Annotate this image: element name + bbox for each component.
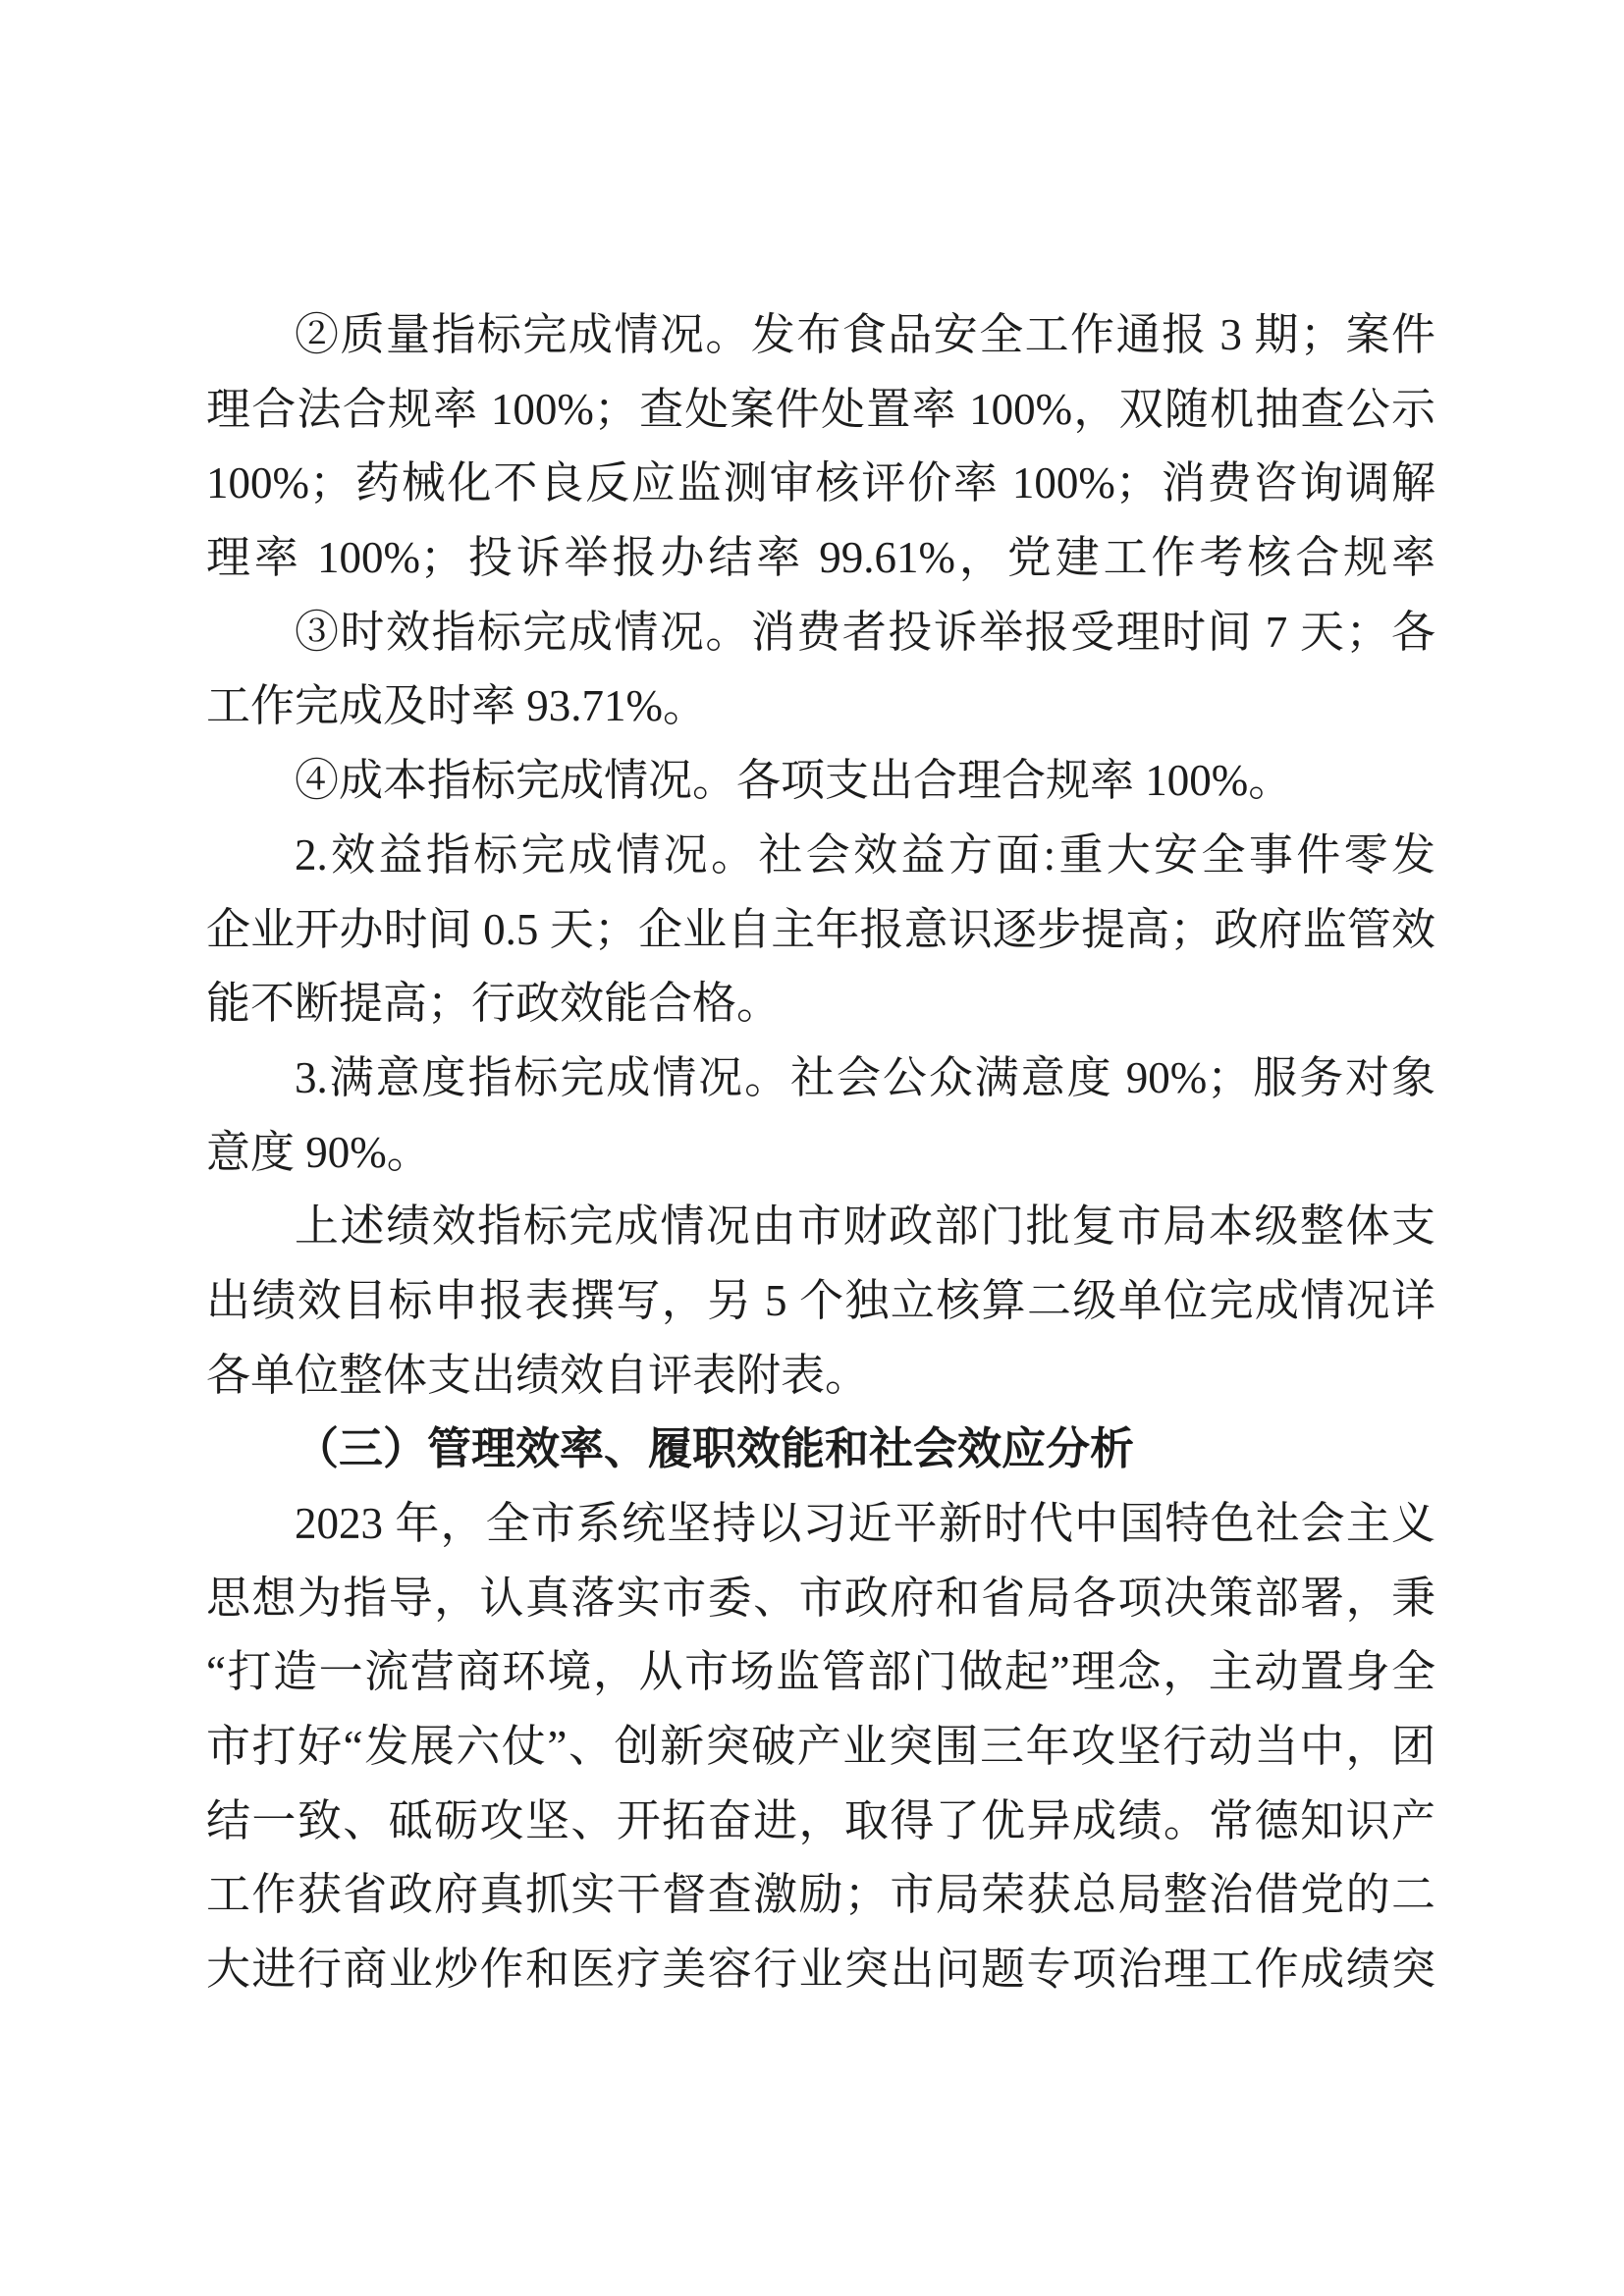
document-page: ②质量指标完成情况。发布食品安全工作通报 3 期；案件办理合法合规率 100%；… (0, 0, 1624, 2296)
text-line: 大进行商业炒作和医疗美容行业突出问题专项治理工作成绩突 (206, 1933, 1435, 2007)
text-line: 各单位整体支出绩效自评表附表。 (206, 1339, 1435, 1414)
text-line: 市打好“发展六仗”、创新突破产业突围三年攻坚行动当中，团 (206, 1710, 1435, 1785)
text-line: 上述绩效指标完成情况由市财政部门批复市局本级整体支 (206, 1190, 1435, 1264)
text-line: 理合法合规率 100%；查处案件处置率 100%，双随机抽查公示率 (206, 373, 1435, 448)
text-line: 3.满意度指标完成情况。社会公众满意度 90%；服务对象满 (206, 1041, 1435, 1116)
document-content: ②质量指标完成情况。发布食品安全工作通报 3 期；案件办理合法合规率 100%；… (206, 298, 1435, 2007)
text-line: 工作获省政府真抓实干督查激励；市局荣获总局整治借党的二十 (206, 1858, 1435, 1933)
text-line: “打造一流营商环境，从市场监管部门做起”理念，主动置身全 (206, 1635, 1435, 1710)
text-line: 2023 年，全市系统坚持以习近平新时代中国特色社会主义 (206, 1487, 1435, 1562)
text-line: ②质量指标完成情况。发布食品安全工作通报 3 期；案件办 (206, 298, 1435, 373)
text-line: 2.效益指标完成情况。社会效益方面:重大安全事件零发生； (206, 819, 1435, 893)
text-line: 出绩效目标申报表撰写，另 5 个独立核算二级单位完成情况详见 (206, 1264, 1435, 1339)
text-line: 意度 90%。 (206, 1116, 1435, 1191)
text-line: 工作完成及时率 93.71%。 (206, 669, 1435, 744)
text-line: 企业开办时间 0.5 天；企业自主年报意识逐步提高；政府监管效 (206, 893, 1435, 968)
text-line: 结一致、砥砺攻坚、开拓奋进，取得了优异成绩。常德知识产权 (206, 1785, 1435, 1859)
text-line: ③时效指标完成情况。消费者投诉举报受理时间 7 天；各项 (206, 596, 1435, 670)
text-line: 100%；药械化不良反应监测审核评价率 100%；消费咨询调解受 (206, 447, 1435, 521)
section-heading: （三）管理效率、履职效能和社会效应分析 (206, 1413, 1435, 1487)
text-line: ④成本指标完成情况。各项支出合理合规率 100%。 (206, 744, 1435, 819)
text-line: 能不断提高；行政效能合格。 (206, 967, 1435, 1041)
text-line: 理率 100%；投诉举报办结率 99.61%，党建工作考核合规率 100%。 (206, 521, 1435, 596)
text-line: 思想为指导，认真落实市委、市政府和省局各项决策部署，秉持 (206, 1562, 1435, 1636)
